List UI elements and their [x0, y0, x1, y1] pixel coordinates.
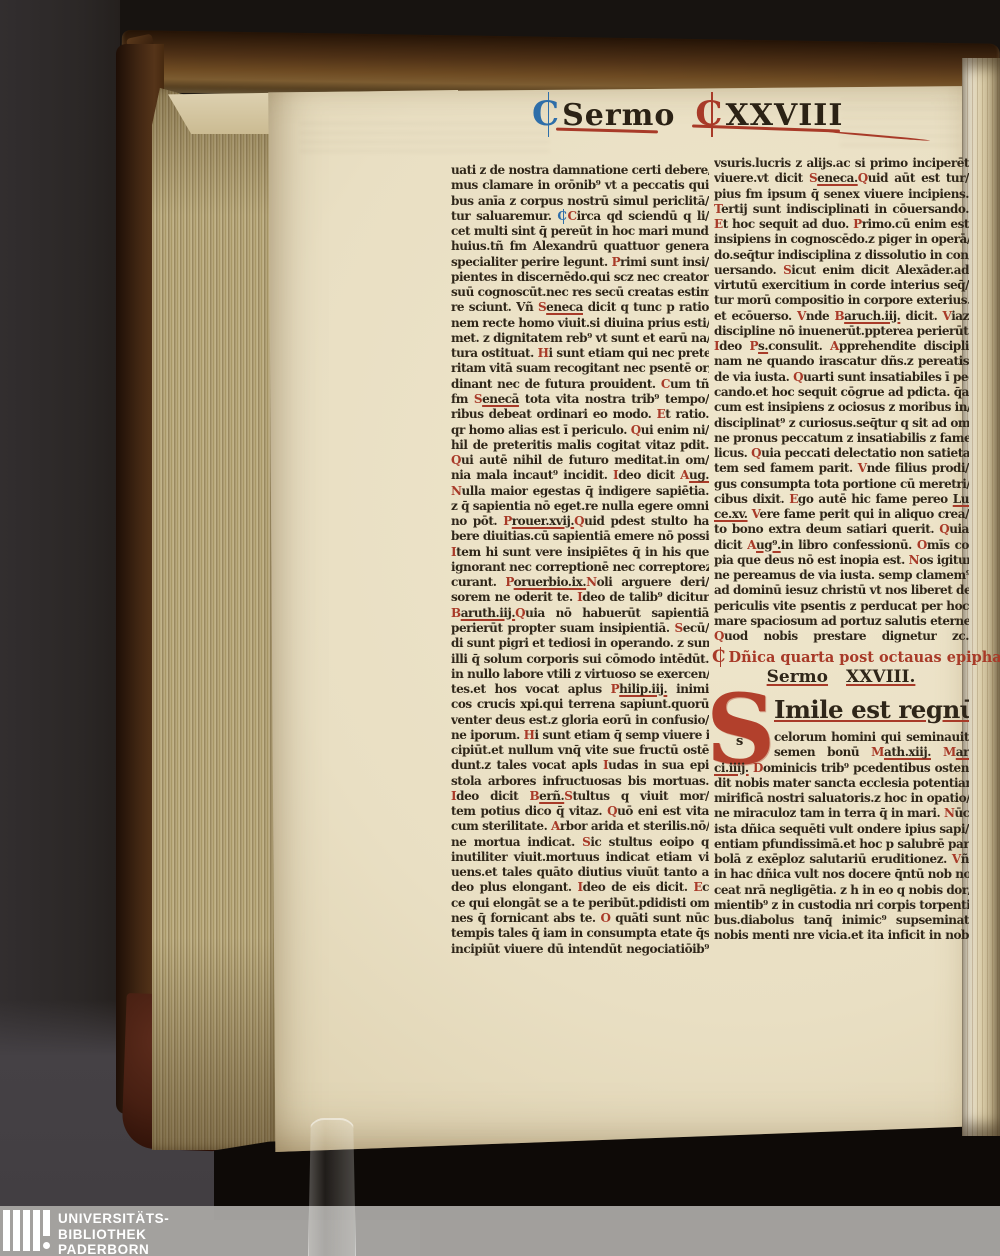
rubricated-capital: B [834, 309, 844, 323]
rubricated-citation: oruerbio.ix. [514, 575, 586, 589]
text-line: tempis tales q̄ iam in consumpta etate q… [451, 926, 709, 941]
text-line: ne mortua indicat. Sic stultus eoipo q [451, 835, 709, 850]
show-through-smudge [300, 118, 550, 152]
logo-bar [23, 1210, 30, 1251]
rubricated-capital: P [749, 339, 758, 353]
left-text-column: uati z de nostra damnatione certi debere… [451, 163, 709, 957]
rubricated-capital: S [564, 789, 572, 803]
text-line: ne miraculoz tam in terra q̄ in mari. Nū… [714, 806, 969, 821]
rubricated-citation: s. [758, 339, 768, 353]
rubricated-capital: E [657, 407, 666, 421]
text-line: cum est insipiens z ociosus z moribus in… [714, 400, 969, 415]
text-line: bere diuitias.cū sapientiā emere nō poss… [451, 529, 709, 544]
text-line: suū cognoscūt.nec res secū creatas estim… [451, 285, 709, 300]
rubricated-capital: S [538, 300, 546, 314]
show-through-smudge [840, 100, 960, 146]
text-line: ne pereamus de via iusta. semp clamem⁹ [714, 568, 969, 583]
rubricated-capital: N [909, 553, 920, 567]
text-line: mus clamare in orōnib⁹ vt a peccatis qui [451, 178, 709, 193]
text-line: dit nobis mater sancta ecclesia potentia… [714, 776, 969, 791]
text-line: tura ostituat. Hi sunt etiam qui nec pre… [451, 346, 709, 361]
text-line: tur saluaremur. CCirca qd sciendū q li/ [451, 209, 709, 224]
rubricated-capital: I [577, 880, 582, 894]
text-line: no pōt. Prouer.xvij.Quid pdest stulto ha [451, 514, 709, 529]
rubricated-capital: I [714, 339, 719, 353]
logo-bar [3, 1210, 10, 1251]
rubricated-citation: Lu [953, 492, 969, 506]
rubricated-citation: Imile est regnū [774, 695, 969, 724]
text-line: discipline nō inuenerūt.ppterea perierūt… [714, 324, 969, 339]
rubricated-capital: Q [574, 514, 584, 528]
digitized-book-photo: CSermoCXXVIII uati z de nostra damnation… [0, 0, 1000, 1256]
text-line: fm Senecā tota vita nostra trib⁹ tempo/ [451, 392, 709, 407]
text-line: ci.iiij. Dominicis trib⁹ pcedentibus ost… [714, 761, 969, 776]
rubricated-capital: A [747, 538, 756, 552]
text-line: de via iusta. Quarti sunt insatiabiles ī… [714, 370, 969, 385]
rubricated-capital: C [567, 209, 576, 223]
rubricated-citation: ar [956, 745, 969, 759]
text-line: entiam pfundissimā.et hoc p salubrē para [714, 837, 969, 852]
rubricated-citation: ug. [689, 468, 709, 482]
text-line: Tertij sunt indisciplinati in cōuersando… [714, 202, 969, 217]
rubricated-capital: S [582, 835, 590, 849]
rubricated-capital: V [858, 461, 867, 475]
text-line: uersando. Sicut enim dicit Alexāder.ad [714, 263, 969, 278]
text-line: Et hoc sequit ad duo. Primo.cū enim est [714, 217, 969, 232]
text-line: stola arbores infructuosas bis mortuas. [451, 774, 709, 789]
text-line: qr homo alias est ī periculo. Qui enim n… [451, 423, 709, 438]
text-line: mirificā nostri saluatoris.z hoc in opat… [714, 791, 969, 806]
text-line: to bono extra deum satiari querit. Quia [714, 522, 969, 537]
text-line: ceat nrā negligētia. z h in eo q nobis d… [714, 883, 969, 898]
text-line: Qui autē nihil de futuro meditat.in om/ [451, 453, 709, 468]
text-line: venter deus est.z gloria eorū in confusi… [451, 713, 709, 728]
rubricated-capital: I [613, 468, 618, 482]
rubricated-capital: N [586, 575, 597, 589]
rubricated-citation: ce.xv. [714, 507, 748, 521]
text-line: tem potius dico q̄ vitaz. Quō eni est vi… [451, 804, 709, 819]
text-line: vsuris.lucris z alijs.ac si primo incipe… [714, 156, 969, 171]
rubricated-capital: V [943, 309, 952, 323]
text-line: cipiūt.et nullum vnq̄ vite sue fructū os… [451, 743, 709, 758]
text-line: bus.diabolus tanq̄ inimic⁹ supseminat [714, 913, 969, 928]
rubricated-citation: aruth.iij. [461, 606, 515, 620]
text-line: Nulla maior egestas q̄ indigere sapiētia… [451, 484, 709, 499]
section-number: XXVIII. [846, 667, 915, 687]
text-line: uati z de nostra damnatione certi debere… [451, 163, 709, 178]
text-line: tes.et hos vocat aplus Philip.iij. inimi [451, 682, 709, 697]
rubricated-citation: hilip.iij. [619, 682, 667, 696]
text-line: pientes in discernēdo.qui scz nec creato… [451, 270, 709, 285]
text-line: nes q̄ fornicant abs te. O quāti sunt nū… [451, 911, 709, 926]
text-line: gus consumpta tota portione cū meretri/ [714, 477, 969, 492]
library-name-line: UNIVERSITÄTS- [58, 1211, 169, 1227]
rubricated-capital: Q [515, 606, 525, 620]
text-line: et ecōuerso. Vnde Baruch.iij. dicit. Via… [714, 309, 969, 324]
rubricated-capital: Q [714, 629, 724, 643]
rubricated-capital: Q [751, 446, 761, 460]
rubricated-capital: Q [451, 453, 461, 467]
rubricated-capital: V [952, 852, 961, 866]
text-line: insipiens in cognoscēdo.z piger in operā… [714, 232, 969, 247]
text-line: Item hi sunt vere insipiētes q̄ in his q… [451, 545, 709, 560]
rubricated-capital: T [714, 202, 721, 216]
text-line: Quod nobis prestare dignetur zc. [714, 629, 969, 644]
rubricated-citation: eneca. [817, 171, 858, 185]
text-line: re sciunt. Vñ Seneca dicit q tunc p rati… [451, 300, 709, 315]
text-line: cibus dixit. Ego autē hic fame pereo Lu [714, 492, 969, 507]
text-line: cos crucis xpi.qui terrena sapiunt.quorū [451, 697, 709, 712]
text-line: cando.et hoc sequit cōgrue ad pdicta. q̄… [714, 385, 969, 400]
text-line: celorum homini qui seminauit [714, 730, 969, 745]
library-name-line: PADERBORN [58, 1242, 169, 1256]
rubricated-capital: P [503, 514, 512, 528]
text-line: ribus debeat ordinari eo modo. Et ratio. [451, 407, 709, 422]
text-line: in nullo labore vtili z virtuoso se exer… [451, 667, 709, 682]
rubricated-capital: P [611, 682, 620, 696]
rubricated-capital: A [680, 468, 689, 482]
rubricated-capital: A [830, 339, 839, 353]
text-line: ne iporum. Hi sunt etiam q̄ semp viuere … [451, 728, 709, 743]
text-line: tem sed famem parit. Vnde filius prodi/ [714, 461, 969, 476]
text-line: specialiter perire legunt. Primi sunt in… [451, 255, 709, 270]
text-line: deo plus elongant. Ideo de eis dicit. Ec [451, 880, 709, 895]
rubricated-capital: S [809, 171, 817, 185]
rubricated-capital: Q [858, 171, 868, 185]
text-line: illi q̄ solum corporis sui cōmodo intēdū… [451, 652, 709, 667]
rubricated-capital: S [474, 392, 482, 406]
text-line: Ideo Ps.consulit. Apprehendite discipli [714, 339, 969, 354]
text-line: ne pronus peccatum z insatiabilis z fame [714, 431, 969, 446]
rubricated-capital: B [451, 606, 461, 620]
rubricated-capital: N [451, 484, 462, 498]
rubricated-capital: M [871, 745, 884, 759]
section-title: Sermo [767, 667, 828, 687]
section-rubric-line: CDñica quarta post octauas epipha.I [712, 648, 970, 667]
library-name: UNIVERSITÄTS- BIBLIOTHEK PADERBORN [58, 1211, 169, 1256]
rubricated-capital: E [693, 880, 702, 894]
library-logo-icon [2, 1210, 54, 1254]
rubricated-citation: ci.iiij. [714, 761, 749, 775]
rubricated-capital: B [529, 789, 539, 803]
text-line: z q̄ sapientia nō eget.re nulla egere om… [451, 499, 709, 514]
rubricated-capital: P [853, 217, 862, 231]
rubricated-citation: enecā [482, 392, 519, 406]
section-rubric: Dñica quarta post octauas epipha. [729, 649, 1000, 666]
rubricated-capital: M [943, 745, 956, 759]
text-line: cet multi sint q̄ pereūt in hoc mari mun… [451, 224, 709, 239]
rubricated-capital: V [797, 309, 806, 323]
rubricated-capital: I [451, 789, 456, 803]
rubricated-capital: H [524, 728, 535, 742]
right-text-column-upper: vsuris.lucris z alijs.ac si primo incipe… [714, 156, 969, 645]
right-text-column-lower: Imile est regnūcelorum homini qui semina… [714, 693, 969, 944]
rubricated-capital: Q [607, 804, 617, 818]
rubricated-capital: I [603, 758, 608, 772]
text-line: pia que deus nō est inopia est. Nos igit… [714, 553, 969, 568]
text-line: ista dñica sequēti vult ondere ipius sap… [714, 822, 969, 837]
rubricated-capital: V [752, 507, 760, 521]
text-line: nam ne quando irascatur dñs.z pereatis [714, 354, 969, 369]
rubricated-citation: erñ. [539, 789, 564, 803]
rubricated-capital: E [789, 492, 798, 506]
logo-dot [43, 1242, 50, 1249]
text-line: pius fm ipsum q̄ senex viuere incipiens. [714, 187, 969, 202]
text-line: licus. Quia peccati delectatio non satie… [714, 446, 969, 461]
text-line: met. z dignitatem reb⁹ vt sunt et earū n… [451, 331, 709, 346]
rubricated-citation: ug⁹. [756, 538, 781, 552]
text-line: ce qui elongāt se a te peribūt.pdidisti … [451, 896, 709, 911]
text-line: sorem ne oderit te. Ideo de talib⁹ dicit… [451, 590, 709, 605]
rubricated-capital: O [600, 911, 610, 925]
library-name-line: BIBLIOTHEK [58, 1227, 169, 1243]
text-line: Imile est regnū [714, 693, 969, 730]
pilcrow-mark: C [557, 209, 566, 224]
rubricated-citation: eneca [546, 300, 583, 314]
rubricated-capital: Q [793, 370, 803, 384]
text-line: dunt.z tales vocat apls Iudas in sua epi [451, 758, 709, 773]
rubricated-citation: aruch.iij. [844, 309, 900, 323]
text-line: nia mala incaut⁹ incidit. Ideo dicit Aug… [451, 468, 709, 483]
rubricated-capital: P [612, 255, 621, 269]
red-pilcrow-icon: C [712, 648, 726, 666]
text-line: Baruth.iij.Quia nō habuerūt sapientiā [451, 606, 709, 621]
text-line: hil de preteritis malis cogitat vitaz pd… [451, 438, 709, 453]
rubricated-capital: C [661, 377, 670, 391]
text-line: perierūt propter suam insipientiā. Secū/ [451, 621, 709, 636]
text-line: huius.tñ fm Alexandrū quattuor genera [451, 239, 709, 254]
text-line: nem recte homo viuit.si diuina prius est… [451, 316, 709, 331]
text-line: ritam vitā suam recogitant nec psentē or… [451, 361, 709, 376]
text-line: inutiliter viuit.mortuus indicat etiam v… [451, 850, 709, 865]
rubricated-capital: H [538, 346, 549, 360]
rubricated-capital: O [917, 538, 927, 552]
logo-bar [33, 1210, 40, 1251]
logo-bar [13, 1210, 20, 1251]
text-line: in hac dñica vult nos docere q̄ntū nob n… [714, 867, 969, 882]
text-line: bolā z exēploz salutariū eruditionez. Vñ [714, 852, 969, 867]
blue-pilcrow-icon: C [532, 94, 559, 134]
rubricated-capital: S [783, 263, 791, 277]
text-line: di sunt pigri et tediosi in operando. z … [451, 636, 709, 651]
rubricated-capital: I [451, 545, 456, 559]
text-line: ad dominū iesuz christū vt nos liberet d… [714, 583, 969, 598]
text-line: Ideo dicit Berñ.Stultus q viuit mor/ [451, 789, 709, 804]
library-watermark-band: UNIVERSITÄTS- BIBLIOTHEK PADERBORN [0, 1206, 1000, 1256]
rubricated-capital: I [577, 590, 582, 604]
page-holder-strip [308, 1118, 356, 1256]
text-line: tur morū compositio in corpore exterius. [714, 293, 969, 308]
rubricated-capital: S [675, 621, 683, 635]
text-line: ce.xv. Vere fame perit qui in aliquo cre… [714, 507, 969, 522]
text-line: bus anīa z corpus nostrū simul periclitā… [451, 194, 709, 209]
text-line: viuere.vt dicit Seneca.Quid aūt est tur/ [714, 171, 969, 186]
text-line: mare spaciosum ad portuz salutis eterne [714, 614, 969, 629]
text-line: ignorant nec correptionē nec correptorez [451, 560, 709, 575]
text-line: curant. Poruerbio.ix.Noli arguere deri/ [451, 575, 709, 590]
rubricated-capital: E [714, 217, 723, 231]
text-line: virtutū exercitium in corde interius seq… [714, 278, 969, 293]
text-line: periculis vite psentis z perducat per ho… [714, 599, 969, 614]
text-line: cum sterilitate. Arbor arida et sterilis… [451, 819, 709, 834]
text-line: dicit Aug⁹.in libro confessionū. Omīs co [714, 538, 969, 553]
rubricated-capital: N [944, 806, 955, 820]
logo-bar [43, 1210, 50, 1236]
text-line: incipiūt viuere dū intendūt negociatiōib… [451, 942, 709, 957]
text-line: uens.et tales quāto diutius viuūt tanto … [451, 865, 709, 880]
rubricated-capital: Q [939, 522, 949, 536]
rubricated-capital: A [551, 819, 560, 833]
text-line: nobis menti nre vicia.et ita inficit in … [714, 928, 969, 943]
text-line: semen bonū Math.xiij. Mar [714, 745, 969, 760]
rubricated-capital: Q [631, 423, 641, 437]
text-line: do.seq̄tur indisciplina z dissolutio in … [714, 248, 969, 263]
text-line: mientib⁹ z in custodia nri corpis torpen… [714, 898, 969, 913]
rubricated-capital: P [505, 575, 513, 589]
text-line: dinant nec de futura prouident. Cum tñ [451, 377, 709, 392]
rubricated-citation: rouer.xvij. [512, 514, 574, 528]
text-line: disciplinat⁹ z curiosus.seq̄tur q sit ad… [714, 416, 969, 431]
rubricated-citation: ath.xiij. [884, 745, 931, 759]
rubricated-capital: D [753, 761, 763, 775]
fanned-page-edges [152, 88, 284, 1150]
